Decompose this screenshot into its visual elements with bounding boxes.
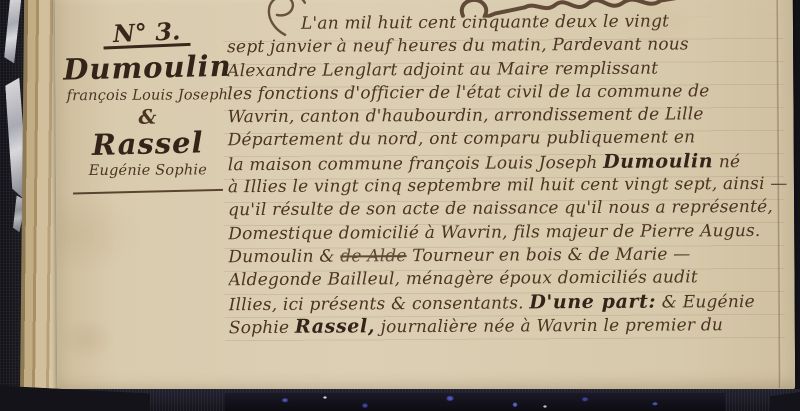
ampersand-symbol: & <box>63 105 231 128</box>
bride-surname: Rassel <box>63 126 232 163</box>
manuscript-line: Wavrin, canton d'haubourdin, arrondissem… <box>227 103 793 130</box>
marbled-cloth <box>225 393 725 411</box>
groom-firstnames: françois Louis Joseph <box>63 85 231 106</box>
text-segment: journalière née à Wavrin le premier du <box>375 315 723 337</box>
text-segment: à Illies le vingt cinq septembre mil hui… <box>228 174 788 197</box>
manuscript-line: Alexandre Lenglart adjoint au Maire remp… <box>227 56 793 83</box>
bride-firstnames: Eugénie Sophie <box>64 160 232 181</box>
text-segment: Rassel, <box>295 315 375 337</box>
text-segment: Dumoulin <box>603 150 713 173</box>
text-segment: Illies, ici présents & consentants. <box>229 293 530 315</box>
manuscript-line: les fonctions d'officier de l'état civil… <box>227 80 793 107</box>
manuscript-line: la maison commune françois Louis Joseph … <box>228 150 794 177</box>
cover-corner-bottom-left <box>0 377 150 411</box>
act-number-wrap: N° 3. <box>63 19 231 48</box>
manuscript-line: Illies, ici présents & consentants. D'un… <box>229 289 795 316</box>
manuscript-line: Domestique domicilié à Wavrin, fils maje… <box>228 219 794 246</box>
manuscript-line: Sophie Rassel, journalière née à Wavrin … <box>229 313 795 340</box>
text-segment: Domestique domicilié à Wavrin, fils maje… <box>228 221 760 244</box>
manuscript-line: Dumoulin & de Alde Tourneur en bois & de… <box>228 243 794 270</box>
margin-column: N° 3. Dumoulin françois Louis Joseph & R… <box>63 19 232 193</box>
text-segment: qu'il résulte de son acte de naissance q… <box>228 197 773 220</box>
text-segment: Alexandre Lenglart adjoint au Maire remp… <box>227 58 658 81</box>
text-segment: Dumoulin & <box>228 246 340 267</box>
text-segment: D'une part: <box>529 290 656 313</box>
manuscript-line: Aldegonde Bailleul, ménagère époux domic… <box>228 266 794 293</box>
text-segment: L'an mil huit cent cinquante deux le vin… <box>301 12 669 34</box>
margin-divider <box>73 189 223 195</box>
groom-surname: Dumoulin <box>63 50 232 87</box>
text-segment: Sophie <box>229 318 295 338</box>
act-number: N° 3. <box>103 18 191 50</box>
text-segment: de Alde <box>340 246 407 266</box>
register-page: N° 3. Dumoulin françois Louis Joseph & R… <box>55 0 795 396</box>
text-segment: sept janvier à neuf heures du matin, Par… <box>227 35 689 58</box>
manuscript-line: L'an mil huit cent cinquante deux le vin… <box>227 10 793 37</box>
text-segment: Tourneur en bois & de Marie — <box>407 244 691 266</box>
text-segment: Département du nord, ont comparu publiqu… <box>228 128 696 151</box>
text-segment: la maison commune françois Louis Joseph <box>228 153 603 175</box>
manuscript-line: Département du nord, ont comparu publiqu… <box>228 126 794 153</box>
text-segment: né <box>713 152 740 172</box>
manuscript-line: à Illies le vingt cinq septembre mil hui… <box>228 173 794 200</box>
manuscript-line: sept janvier à neuf heures du matin, Par… <box>227 33 793 60</box>
act-body-text: L'an mil huit cent cinquante deux le vin… <box>227 10 795 373</box>
text-segment: les fonctions d'officier de l'état civil… <box>227 81 709 104</box>
text-segment: & Eugénie <box>656 292 755 313</box>
text-segment: Aldegonde Bailleul, ménagère époux domic… <box>228 268 697 291</box>
text-segment: Wavrin, canton d'haubourdin, arrondissem… <box>227 104 703 127</box>
register-book-scan: N° 3. Dumoulin françois Louis Joseph & R… <box>0 0 800 411</box>
manuscript-line: qu'il résulte de son acte de naissance q… <box>228 196 794 223</box>
cover-corner-bottom-right <box>770 381 800 411</box>
